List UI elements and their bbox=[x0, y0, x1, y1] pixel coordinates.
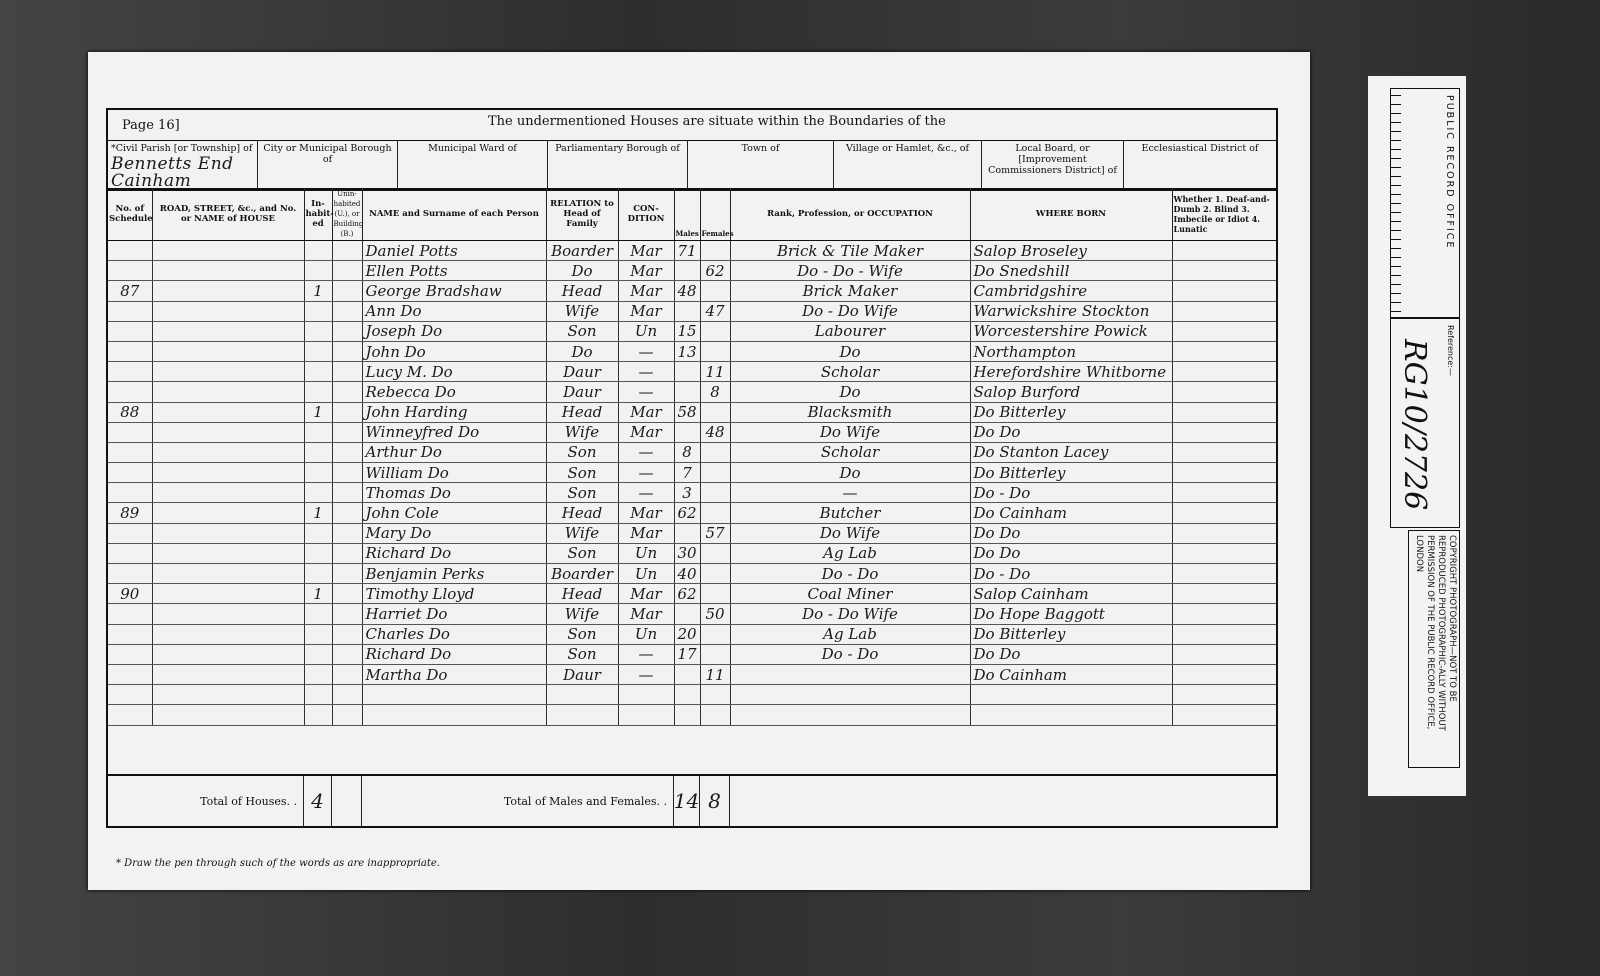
cell-inhabited bbox=[304, 382, 332, 402]
total-persons-label: Total of Males and Females. . bbox=[362, 776, 674, 826]
cell-relation: Boarder bbox=[546, 241, 618, 261]
cell-inhabited bbox=[304, 705, 332, 725]
footnote: * Draw the pen through such of the words… bbox=[116, 858, 440, 869]
record-office-title: PUBLIC RECORD OFFICE bbox=[1444, 95, 1455, 249]
cell-relation: Head bbox=[546, 281, 618, 301]
cell-uninhabited bbox=[332, 523, 362, 543]
cell-age-female bbox=[700, 281, 730, 301]
table-row: Ellen PottsDoMar62Do - Do - WifeDo Sneds… bbox=[108, 261, 1276, 281]
cell-relation: Wife bbox=[546, 422, 618, 442]
cell-whether bbox=[1172, 705, 1276, 725]
cell-condition: Mar bbox=[618, 584, 674, 604]
boundary-label: Municipal Ward of bbox=[428, 143, 517, 154]
total-females-value: 8 bbox=[700, 776, 730, 826]
cell-age-male: 13 bbox=[674, 341, 700, 361]
table-row: Mary DoWifeMar57Do WifeDo Do bbox=[108, 523, 1276, 543]
cell-schedule bbox=[108, 241, 152, 261]
cell-road bbox=[152, 261, 304, 281]
table-row: Richard DoSonUn30Ag LabDo Do bbox=[108, 543, 1276, 563]
cell-whether bbox=[1172, 261, 1276, 281]
cell-name: Daniel Potts bbox=[362, 241, 546, 261]
cell-schedule bbox=[108, 422, 152, 442]
col-schedule: No. of Schedule bbox=[108, 188, 152, 241]
ruler-tick bbox=[1391, 284, 1401, 285]
cell-age-female bbox=[700, 624, 730, 644]
cell-schedule bbox=[108, 664, 152, 684]
ruler-tick bbox=[1391, 275, 1401, 276]
cell-road bbox=[152, 382, 304, 402]
census-page: Page 16] The undermentioned Houses are s… bbox=[88, 52, 1310, 890]
cell-whether bbox=[1172, 664, 1276, 684]
cell-name: Richard Do bbox=[362, 644, 546, 664]
cell-relation: Daur bbox=[546, 362, 618, 382]
cell-name: Charles Do bbox=[362, 624, 546, 644]
cell-schedule bbox=[108, 543, 152, 563]
cell-whether bbox=[1172, 604, 1276, 624]
cell-occupation: Do - Do bbox=[730, 564, 970, 584]
cell-inhabited bbox=[304, 442, 332, 462]
cell-age-male bbox=[674, 685, 700, 705]
cell-age-male: 62 bbox=[674, 503, 700, 523]
cell-name: Martha Do bbox=[362, 664, 546, 684]
cell-uninhabited bbox=[332, 644, 362, 664]
cell-whether bbox=[1172, 523, 1276, 543]
cell-condition: Un bbox=[618, 321, 674, 341]
cell-uninhabited bbox=[332, 261, 362, 281]
cell-age-female bbox=[700, 241, 730, 261]
cell-age-male: 62 bbox=[674, 584, 700, 604]
table-row: Ann DoWifeMar47Do - Do WifeWarwickshire … bbox=[108, 301, 1276, 321]
cell-inhabited bbox=[304, 422, 332, 442]
cell-age-female bbox=[700, 685, 730, 705]
cell-road bbox=[152, 523, 304, 543]
cell-whether bbox=[1172, 442, 1276, 462]
cell-name: Benjamin Perks bbox=[362, 564, 546, 584]
cell-inhabited bbox=[304, 644, 332, 664]
census-table: No. of Schedule ROAD, STREET, &c., and N… bbox=[108, 188, 1276, 726]
boundary-town: Town of bbox=[688, 140, 834, 188]
boundary-ecclesiastical: Ecclesiastical District of bbox=[1124, 140, 1276, 188]
cell-relation: Boarder bbox=[546, 564, 618, 584]
cell-schedule bbox=[108, 644, 152, 664]
total-uninhabited-cell bbox=[332, 776, 362, 826]
ruler-tick bbox=[1391, 167, 1401, 168]
cell-age-male bbox=[674, 604, 700, 624]
cell-age-male: 3 bbox=[674, 483, 700, 503]
boundary-parliamentary: Parliamentary Borough of bbox=[548, 140, 688, 188]
ruler-tick bbox=[1391, 185, 1401, 186]
cell-condition: — bbox=[618, 442, 674, 462]
cell-inhabited bbox=[304, 321, 332, 341]
ruler-tick bbox=[1391, 311, 1401, 312]
ruler-tick bbox=[1391, 113, 1401, 114]
cell-inhabited bbox=[304, 543, 332, 563]
boundary-local-board: Local Board, or [Improvement Commissione… bbox=[982, 140, 1124, 188]
cell-age-male bbox=[674, 422, 700, 442]
cell-schedule bbox=[108, 685, 152, 705]
cell-uninhabited bbox=[332, 664, 362, 684]
cell-age-male: 20 bbox=[674, 624, 700, 644]
cell-relation: Head bbox=[546, 402, 618, 422]
copyright-notice: COPYRIGHT PHOTOGRAPH—NOT TO BE REPRODUCE… bbox=[1408, 530, 1460, 768]
cell-whether bbox=[1172, 422, 1276, 442]
cell-name: John Harding bbox=[362, 402, 546, 422]
cell-age-female bbox=[700, 644, 730, 664]
cell-where-born: Cambridgshire bbox=[970, 281, 1172, 301]
boundary-village: Village or Hamlet, &c., of bbox=[834, 140, 982, 188]
cell-name: Timothy Lloyd bbox=[362, 584, 546, 604]
cell-occupation: Do Wife bbox=[730, 523, 970, 543]
col-whether: Whether 1. Deaf-and-Dumb 2. Blind 3. Imb… bbox=[1172, 188, 1276, 241]
cell-uninhabited bbox=[332, 483, 362, 503]
cell-condition: Mar bbox=[618, 241, 674, 261]
cell-schedule: 90 bbox=[108, 584, 152, 604]
table-row: Richard DoSon—17Do - DoDo Do bbox=[108, 644, 1276, 664]
total-males-value: 14 bbox=[674, 776, 700, 826]
cell-uninhabited bbox=[332, 685, 362, 705]
cell-uninhabited bbox=[332, 604, 362, 624]
boundary-civil-parish: *Civil Parish [or Township] of Bennetts … bbox=[108, 140, 258, 188]
cell-where-born: Do Do bbox=[970, 523, 1172, 543]
col-inhabited: In-habit-ed bbox=[304, 188, 332, 241]
cell-name: Mary Do bbox=[362, 523, 546, 543]
table-row: 881John HardingHeadMar58BlacksmithDo Bit… bbox=[108, 402, 1276, 422]
cell-age-female: 48 bbox=[700, 422, 730, 442]
cell-relation: Son bbox=[546, 321, 618, 341]
cell-road bbox=[152, 664, 304, 684]
cell-whether bbox=[1172, 584, 1276, 604]
cell-name: Ellen Potts bbox=[362, 261, 546, 281]
cell-condition: Un bbox=[618, 624, 674, 644]
cell-road bbox=[152, 301, 304, 321]
cell-age-male: 7 bbox=[674, 463, 700, 483]
ruler-tick bbox=[1391, 293, 1401, 294]
cell-whether bbox=[1172, 362, 1276, 382]
cell-age-female: 11 bbox=[700, 362, 730, 382]
ruler-tick bbox=[1391, 248, 1401, 249]
cell-road bbox=[152, 341, 304, 361]
cell-where-born: Herefordshire Whitborne bbox=[970, 362, 1172, 382]
cell-inhabited bbox=[304, 624, 332, 644]
table-row: Lucy M. DoDaur—11ScholarHerefordshire Wh… bbox=[108, 362, 1276, 382]
cell-inhabited: 1 bbox=[304, 503, 332, 523]
cell-occupation: Scholar bbox=[730, 362, 970, 382]
cell-condition: Mar bbox=[618, 523, 674, 543]
cell-road bbox=[152, 442, 304, 462]
cell-whether bbox=[1172, 463, 1276, 483]
boundary-label: Parliamentary Borough of bbox=[555, 143, 680, 154]
cell-inhabited bbox=[304, 362, 332, 382]
cell-occupation bbox=[730, 664, 970, 684]
cell-name: Rebecca Do bbox=[362, 382, 546, 402]
cell-uninhabited bbox=[332, 301, 362, 321]
page-number: Page 16] bbox=[122, 118, 180, 133]
cell-occupation: Do - Do Wife bbox=[730, 301, 970, 321]
cell-occupation: Scholar bbox=[730, 442, 970, 462]
boundary-label: Village or Hamlet, &c., of bbox=[846, 143, 969, 154]
ruler-tick bbox=[1391, 230, 1401, 231]
cell-relation: Head bbox=[546, 584, 618, 604]
cell-where-born: Northampton bbox=[970, 341, 1172, 361]
cell-relation: Son bbox=[546, 442, 618, 462]
cell-relation: Head bbox=[546, 503, 618, 523]
cell-age-male bbox=[674, 523, 700, 543]
cell-name bbox=[362, 685, 546, 705]
cell-whether bbox=[1172, 624, 1276, 644]
cell-inhabited bbox=[304, 483, 332, 503]
cell-uninhabited bbox=[332, 321, 362, 341]
cell-whether bbox=[1172, 685, 1276, 705]
cell-uninhabited bbox=[332, 362, 362, 382]
cell-where-born: Do - Do bbox=[970, 483, 1172, 503]
cell-occupation: Do bbox=[730, 341, 970, 361]
cell-uninhabited bbox=[332, 564, 362, 584]
boundaries-row: *Civil Parish [or Township] of Bennetts … bbox=[108, 140, 1276, 191]
ruler-tick bbox=[1391, 140, 1401, 141]
cell-condition bbox=[618, 705, 674, 725]
cell-occupation: Labourer bbox=[730, 321, 970, 341]
cell-occupation: Brick & Tile Maker bbox=[730, 241, 970, 261]
cell-occupation: Do - Do bbox=[730, 644, 970, 664]
cell-where-born: Do Cainham bbox=[970, 503, 1172, 523]
cell-uninhabited bbox=[332, 584, 362, 604]
cell-age-female bbox=[700, 543, 730, 563]
cell-name: Thomas Do bbox=[362, 483, 546, 503]
ruler-tick bbox=[1391, 131, 1401, 132]
cell-occupation: Do bbox=[730, 463, 970, 483]
ruler-tick bbox=[1391, 212, 1401, 213]
cell-road bbox=[152, 463, 304, 483]
cell-where-born: Salop Burford bbox=[970, 382, 1172, 402]
cell-inhabited bbox=[304, 261, 332, 281]
cell-schedule bbox=[108, 442, 152, 462]
cell-occupation bbox=[730, 705, 970, 725]
cell-name: Harriet Do bbox=[362, 604, 546, 624]
cell-occupation bbox=[730, 685, 970, 705]
page-header: Page 16] The undermentioned Houses are s… bbox=[108, 110, 1276, 141]
cell-condition: — bbox=[618, 382, 674, 402]
reference-box: Reference:— RG10/2726 bbox=[1390, 318, 1460, 528]
cell-road bbox=[152, 604, 304, 624]
cell-schedule bbox=[108, 523, 152, 543]
reference-label: Reference:— bbox=[1446, 325, 1455, 376]
cell-condition: — bbox=[618, 362, 674, 382]
cell-age-female bbox=[700, 321, 730, 341]
ruler-tick bbox=[1391, 239, 1401, 240]
cell-relation: Son bbox=[546, 463, 618, 483]
cell-age-male: 15 bbox=[674, 321, 700, 341]
cell-age-female bbox=[700, 402, 730, 422]
cell-uninhabited bbox=[332, 241, 362, 261]
cell-road bbox=[152, 564, 304, 584]
cell-where-born: Do Bitterley bbox=[970, 402, 1172, 422]
census-form: Page 16] The undermentioned Houses are s… bbox=[106, 108, 1278, 828]
cell-occupation: Ag Lab bbox=[730, 624, 970, 644]
cell-uninhabited bbox=[332, 624, 362, 644]
cell-road bbox=[152, 503, 304, 523]
cell-condition: — bbox=[618, 463, 674, 483]
cell-where-born: Worcestershire Powick bbox=[970, 321, 1172, 341]
cell-where-born: Do Do bbox=[970, 644, 1172, 664]
cell-condition bbox=[618, 685, 674, 705]
cell-inhabited bbox=[304, 685, 332, 705]
totals-row: Total of Houses. . 4 Total of Males and … bbox=[108, 774, 1276, 826]
col-name: NAME and Surname of each Person bbox=[362, 188, 546, 241]
cell-schedule bbox=[108, 604, 152, 624]
cell-age-male bbox=[674, 664, 700, 684]
cell-age-male bbox=[674, 705, 700, 725]
cell-whether bbox=[1172, 341, 1276, 361]
cell-inhabited: 1 bbox=[304, 402, 332, 422]
reference-strip: PUBLIC RECORD OFFICE Reference:— RG10/27… bbox=[1368, 76, 1466, 796]
cell-age-female: 57 bbox=[700, 523, 730, 543]
boundary-label: Local Board, or [Improvement Commissione… bbox=[988, 143, 1117, 176]
cell-relation: Wife bbox=[546, 301, 618, 321]
cell-condition: Mar bbox=[618, 281, 674, 301]
cell-condition: Mar bbox=[618, 422, 674, 442]
table-row: Thomas DoSon—3—Do - Do bbox=[108, 483, 1276, 503]
cell-inhabited bbox=[304, 463, 332, 483]
cell-relation: Son bbox=[546, 644, 618, 664]
cell-schedule: 89 bbox=[108, 503, 152, 523]
boundary-label: Ecclesiastical District of bbox=[1142, 143, 1259, 154]
ruler-tick bbox=[1391, 203, 1401, 204]
table-row: Benjamin PerksBoarderUn40Do - DoDo - Do bbox=[108, 564, 1276, 584]
cell-condition: — bbox=[618, 664, 674, 684]
cell-where-born bbox=[970, 705, 1172, 725]
cell-inhabited: 1 bbox=[304, 281, 332, 301]
cell-where-born: Salop Broseley bbox=[970, 241, 1172, 261]
cell-age-male bbox=[674, 362, 700, 382]
cell-age-female bbox=[700, 584, 730, 604]
cell-age-female bbox=[700, 341, 730, 361]
ruler-tick bbox=[1391, 95, 1401, 96]
cell-relation: Son bbox=[546, 483, 618, 503]
table-row: John DoDo—13DoNorthampton bbox=[108, 341, 1276, 361]
cell-uninhabited bbox=[332, 402, 362, 422]
ruler-tick bbox=[1391, 194, 1401, 195]
cell-condition: Mar bbox=[618, 261, 674, 281]
cell-schedule bbox=[108, 341, 152, 361]
cell-where-born bbox=[970, 685, 1172, 705]
cell-occupation: Brick Maker bbox=[730, 281, 970, 301]
cell-condition: Mar bbox=[618, 402, 674, 422]
col-relation: RELATION to Head of Family bbox=[546, 188, 618, 241]
cell-where-born: Warwickshire Stockton bbox=[970, 301, 1172, 321]
table-row: Rebecca DoDaur—8DoSalop Burford bbox=[108, 382, 1276, 402]
cell-road bbox=[152, 685, 304, 705]
cell-inhabited bbox=[304, 301, 332, 321]
cell-road bbox=[152, 422, 304, 442]
ruler-tick bbox=[1391, 302, 1401, 303]
col-road: ROAD, STREET, &c., and No. or NAME of HO… bbox=[152, 188, 304, 241]
cell-age-male: 58 bbox=[674, 402, 700, 422]
table-row bbox=[108, 685, 1276, 705]
cell-age-male: 71 bbox=[674, 241, 700, 261]
total-houses-value: 4 bbox=[304, 776, 332, 826]
cell-name: William Do bbox=[362, 463, 546, 483]
col-condition: CON-DITION bbox=[618, 188, 674, 241]
cell-age-female bbox=[700, 503, 730, 523]
cell-name: Lucy M. Do bbox=[362, 362, 546, 382]
cell-inhabited bbox=[304, 341, 332, 361]
cell-occupation: Do Wife bbox=[730, 422, 970, 442]
cell-relation: Son bbox=[546, 543, 618, 563]
ruler-tick bbox=[1391, 158, 1401, 159]
boundary-value: Bennetts End Cainham bbox=[111, 156, 251, 190]
cell-name: Richard Do bbox=[362, 543, 546, 563]
cell-occupation: Do - Do Wife bbox=[730, 604, 970, 624]
table-row: 891John ColeHeadMar62ButcherDo Cainham bbox=[108, 503, 1276, 523]
cell-name: Winneyfred Do bbox=[362, 422, 546, 442]
ruler-tick bbox=[1391, 104, 1401, 105]
cell-name: John Do bbox=[362, 341, 546, 361]
table-row: Harriet DoWifeMar50Do - Do WifeDo Hope B… bbox=[108, 604, 1276, 624]
cell-schedule bbox=[108, 321, 152, 341]
cell-inhabited bbox=[304, 664, 332, 684]
ruler-tick bbox=[1391, 266, 1401, 267]
cell-schedule bbox=[108, 301, 152, 321]
boundary-label: City or Municipal Borough of bbox=[263, 143, 391, 165]
cell-age-male: 17 bbox=[674, 644, 700, 664]
ruler-tick bbox=[1391, 149, 1401, 150]
table-row: Winneyfred DoWifeMar48Do WifeDo Do bbox=[108, 422, 1276, 442]
cell-schedule bbox=[108, 362, 152, 382]
cell-relation: Son bbox=[546, 624, 618, 644]
ruler-tick bbox=[1391, 257, 1401, 258]
table-row: Daniel PottsBoarderMar71Brick & Tile Mak… bbox=[108, 241, 1276, 261]
cell-relation bbox=[546, 685, 618, 705]
cell-where-born: Do Bitterley bbox=[970, 463, 1172, 483]
cell-uninhabited bbox=[332, 341, 362, 361]
cell-age-male bbox=[674, 301, 700, 321]
cell-condition: Mar bbox=[618, 604, 674, 624]
cell-age-male: 48 bbox=[674, 281, 700, 301]
cell-name: Joseph Do bbox=[362, 321, 546, 341]
cell-inhabited bbox=[304, 523, 332, 543]
table-row: 871George BradshawHeadMar48Brick MakerCa… bbox=[108, 281, 1276, 301]
cell-uninhabited bbox=[332, 281, 362, 301]
cell-schedule: 87 bbox=[108, 281, 152, 301]
cell-schedule bbox=[108, 483, 152, 503]
col-males: Males bbox=[674, 188, 700, 241]
cell-name: Arthur Do bbox=[362, 442, 546, 462]
cell-road bbox=[152, 402, 304, 422]
cell-schedule bbox=[108, 564, 152, 584]
table-row: William DoSon—7DoDo Bitterley bbox=[108, 463, 1276, 483]
boundary-ward: Municipal Ward of bbox=[398, 140, 548, 188]
cell-road bbox=[152, 624, 304, 644]
cell-relation bbox=[546, 705, 618, 725]
cell-age-male: 8 bbox=[674, 442, 700, 462]
cell-schedule bbox=[108, 705, 152, 725]
cell-occupation: Ag Lab bbox=[730, 543, 970, 563]
cell-where-born: Do Cainham bbox=[970, 664, 1172, 684]
cell-road bbox=[152, 584, 304, 604]
cell-uninhabited bbox=[332, 463, 362, 483]
cell-age-female: 8 bbox=[700, 382, 730, 402]
cell-name: George Bradshaw bbox=[362, 281, 546, 301]
total-blank bbox=[730, 776, 1276, 826]
table-header-row: No. of Schedule ROAD, STREET, &c., and N… bbox=[108, 188, 1276, 241]
cell-age-female bbox=[700, 705, 730, 725]
cell-relation: Wife bbox=[546, 604, 618, 624]
cell-age-female bbox=[700, 442, 730, 462]
cell-age-male: 40 bbox=[674, 564, 700, 584]
table-row: Charles DoSonUn20Ag LabDo Bitterley bbox=[108, 624, 1276, 644]
cell-uninhabited bbox=[332, 503, 362, 523]
cell-age-female: 62 bbox=[700, 261, 730, 281]
